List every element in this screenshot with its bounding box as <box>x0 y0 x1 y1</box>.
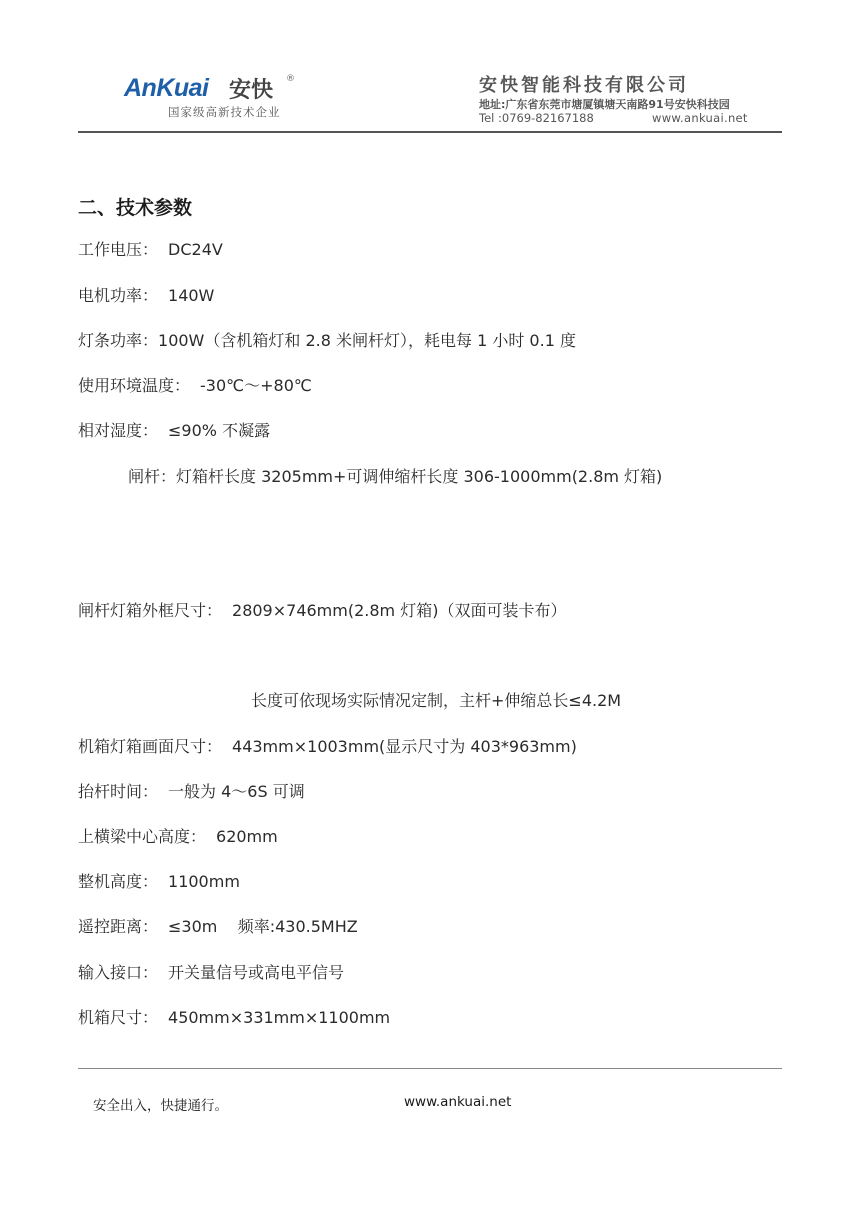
spec-operating-temperature: 使用环境温度：-30℃～+80℃ <box>78 373 312 396</box>
spec-label: 抬杆时间： <box>78 782 158 801</box>
spec-value: -30℃～+80℃ <box>200 376 312 395</box>
footer-slogan: 安全出入，快捷通行。 <box>93 1094 228 1114</box>
spec-value: 620mm <box>216 827 278 846</box>
spec-value: 一般为 4～6S 可调 <box>168 782 305 801</box>
spec-label: 上横梁中心高度： <box>78 827 206 846</box>
spec-label: 灯条功率： <box>78 331 158 350</box>
spec-label: 机箱尺寸： <box>78 1008 158 1027</box>
spec-label: 闸杆灯箱外框尺寸： <box>78 601 222 620</box>
spec-custom-length-note: 长度可依现场实际情况定制，主杆+伸缩总长≤4.2M <box>251 688 621 711</box>
spec-label: 闸杆： <box>128 467 176 486</box>
spec-light-strip-power: 灯条功率：100W（含机箱灯和 2.8 米闸杆灯），耗电每 1 小时 0.1 度 <box>78 328 576 351</box>
company-name: 安快智能科技有限公司 <box>479 71 689 97</box>
spec-value: 450mm×331mm×1100mm <box>168 1008 390 1027</box>
spec-motor-power: 电机功率：140W <box>78 283 214 306</box>
spec-value: ≤90% 不凝露 <box>168 421 270 440</box>
company-website: www.ankuai.net <box>652 111 748 125</box>
spec-boom: 闸杆：灯箱杆长度 3205mm+可调伸缩杆长度 306-1000mm(2.8m … <box>128 464 662 487</box>
footer-divider <box>78 1068 782 1069</box>
spec-label: 相对湿度： <box>78 421 158 440</box>
spec-label: 整机高度： <box>78 872 158 891</box>
spec-label: 工作电压： <box>78 240 158 259</box>
spec-value: 443mm×1003mm(显示尺寸为 403*963mm) <box>232 737 577 756</box>
spec-value: 140W <box>168 286 214 305</box>
logo-wordmark: AnKuai <box>124 74 209 103</box>
spec-label: 使用环境温度： <box>78 376 190 395</box>
spec-value: DC24V <box>168 240 223 259</box>
spec-label: 机箱灯箱画面尺寸： <box>78 737 222 756</box>
spec-remote-distance: 遥控距离：≤30m 频率:430.5MHZ <box>78 914 358 937</box>
spec-label: 遥控距离： <box>78 917 158 936</box>
spec-raise-time: 抬杆时间：一般为 4～6S 可调 <box>78 779 305 802</box>
spec-value: 开关量信号或高电平信号 <box>168 963 344 982</box>
spec-value: 2809×746mm(2.8m 灯箱)（双面可装卡布） <box>232 601 566 620</box>
spec-label: 电机功率： <box>78 286 158 305</box>
spec-overall-height: 整机高度：1100mm <box>78 869 240 892</box>
spec-input-interface: 输入接口：开关量信号或高电平信号 <box>78 960 344 983</box>
company-address: 地址:广东省东莞市塘厦镇塘天南路91号安快科技园 <box>479 96 730 112</box>
logo-chinese-name: 安快 <box>229 73 273 104</box>
registered-mark-icon: ® <box>286 74 295 84</box>
spec-boom-lightbox-frame-size: 闸杆灯箱外框尺寸：2809×746mm(2.8m 灯箱)（双面可装卡布） <box>78 598 566 621</box>
spec-value: 100W（含机箱灯和 2.8 米闸杆灯），耗电每 1 小时 0.1 度 <box>158 331 576 350</box>
spec-working-voltage: 工作电压：DC24V <box>78 237 223 260</box>
spec-crossbeam-height: 上横梁中心高度：620mm <box>78 824 278 847</box>
spec-relative-humidity: 相对湿度：≤90% 不凝露 <box>78 418 270 441</box>
spec-cabinet-lightbox-size: 机箱灯箱画面尺寸：443mm×1003mm(显示尺寸为 403*963mm) <box>78 734 577 757</box>
spec-value: ≤30m 频率:430.5MHZ <box>168 917 358 936</box>
header-divider <box>78 131 782 133</box>
footer-website: www.ankuai.net <box>404 1094 511 1110</box>
logo-tagline: 国家级高新技术企业 <box>168 104 281 120</box>
company-tel: Tel :0769-82167188 <box>479 111 594 125</box>
spec-label: 输入接口： <box>78 963 158 982</box>
spec-value: 灯箱杆长度 3205mm+可调伸缩杆长度 306-1000mm(2.8m 灯箱) <box>176 467 662 486</box>
section-title: 二、技术参数 <box>78 193 192 220</box>
spec-cabinet-size: 机箱尺寸：450mm×331mm×1100mm <box>78 1005 390 1028</box>
spec-value: 1100mm <box>168 872 240 891</box>
spec-value: 长度可依现场实际情况定制，主杆+伸缩总长≤4.2M <box>251 691 621 710</box>
